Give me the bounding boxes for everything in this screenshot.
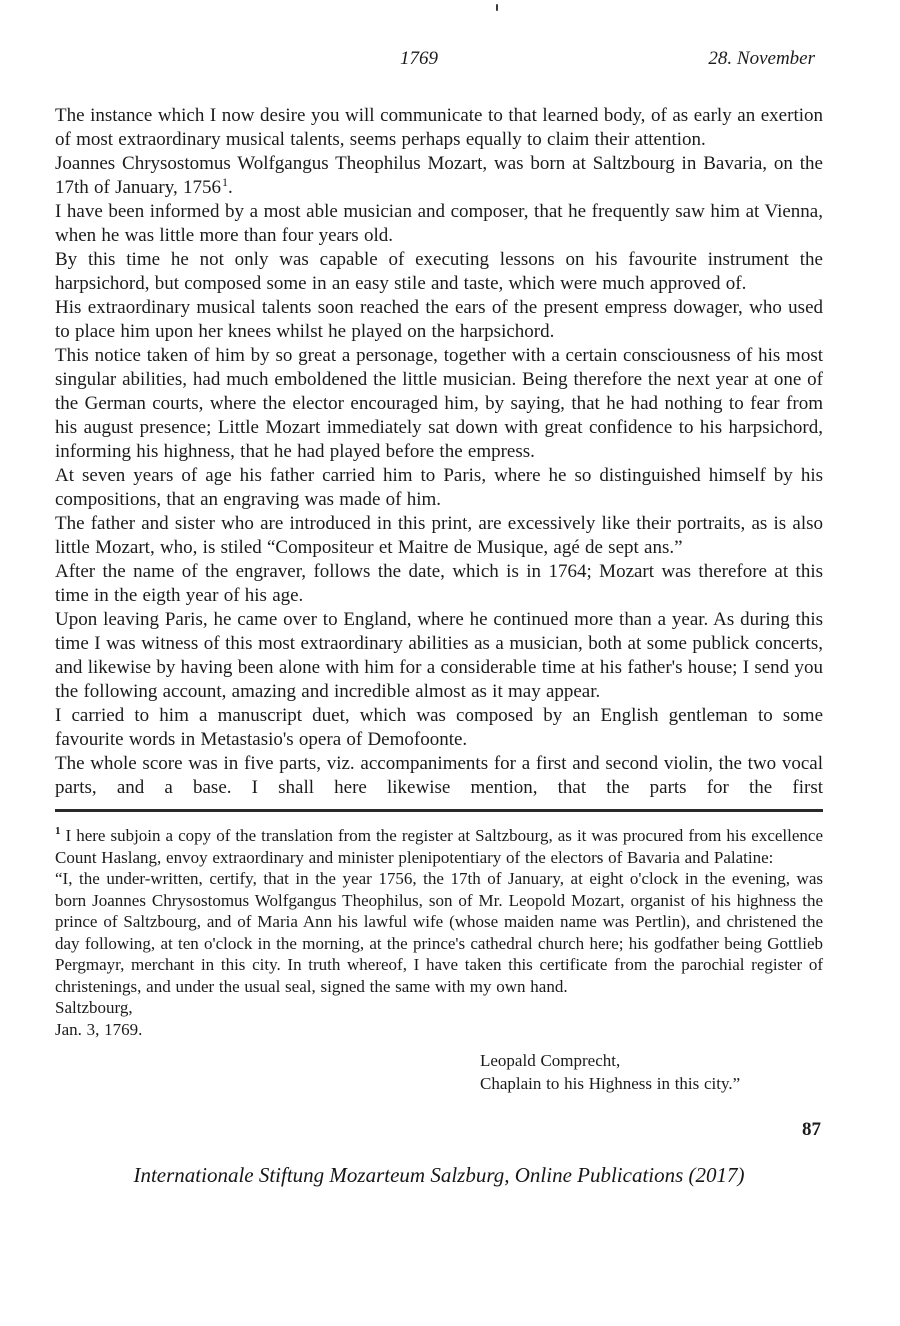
- footnote: 1I here subjoin a copy of the translatio…: [55, 825, 823, 1095]
- body-paragraph: This notice taken of him by so great a p…: [55, 344, 823, 464]
- footnote-place: Saltzbourg,: [55, 997, 823, 1019]
- page-number: 87: [55, 1119, 823, 1141]
- body-paragraph: The father and sister who are introduced…: [55, 512, 823, 560]
- footnote-certificate: “I, the under-written, certify, that in …: [55, 868, 823, 997]
- body-paragraph: The whole score was in five parts, viz. …: [55, 752, 823, 800]
- publication-credit: Internationale Stiftung Mozarteum Salzbu…: [55, 1163, 823, 1188]
- body-paragraph: By this time he not only was capable of …: [55, 248, 823, 296]
- footnote-date: Jan. 3, 1769.: [55, 1019, 823, 1041]
- signature-title: Chaplain to his Highness in this city.”: [480, 1072, 823, 1095]
- body-paragraph: The instance which I now desire you will…: [55, 104, 823, 152]
- signature-name: Leopald Comprecht,: [480, 1049, 823, 1072]
- header-date: 28. November: [708, 48, 815, 70]
- body-paragraph: I have been informed by a most able musi…: [55, 200, 823, 248]
- scanned-book-page: 1769 28. November The instance which I n…: [0, 0, 900, 1326]
- body-paragraph: Upon leaving Paris, he came over to Engl…: [55, 608, 823, 704]
- body-text-segment: Joannes Chrysostomus Wolfgangus Theophil…: [55, 153, 823, 198]
- body-paragraph: Joannes Chrysostomus Wolfgangus Theophil…: [55, 152, 823, 200]
- body-paragraph: At seven years of age his father carried…: [55, 464, 823, 512]
- footnote-rule: [55, 809, 823, 812]
- body-paragraph: I carried to him a manuscript duet, whic…: [55, 704, 823, 752]
- body-paragraph: His extraordinary musical talents soon r…: [55, 296, 823, 344]
- signature-block: Leopald Comprecht, Chaplain to his Highn…: [480, 1049, 823, 1095]
- footnote-intro: 1I here subjoin a copy of the translatio…: [55, 825, 823, 868]
- page-header: 1769 28. November: [55, 48, 823, 74]
- footnote-marker: 1: [55, 825, 61, 837]
- header-year: 1769: [400, 48, 438, 70]
- body-text-segment: .: [228, 177, 233, 198]
- page-content: 1769 28. November The instance which I n…: [55, 48, 823, 1188]
- scan-artifact: [496, 4, 498, 11]
- footnote-intro-text: I here subjoin a copy of the translation…: [55, 826, 823, 867]
- letter-body: The instance which I now desire you will…: [55, 104, 823, 800]
- body-paragraph: After the name of the engraver, follows …: [55, 560, 823, 608]
